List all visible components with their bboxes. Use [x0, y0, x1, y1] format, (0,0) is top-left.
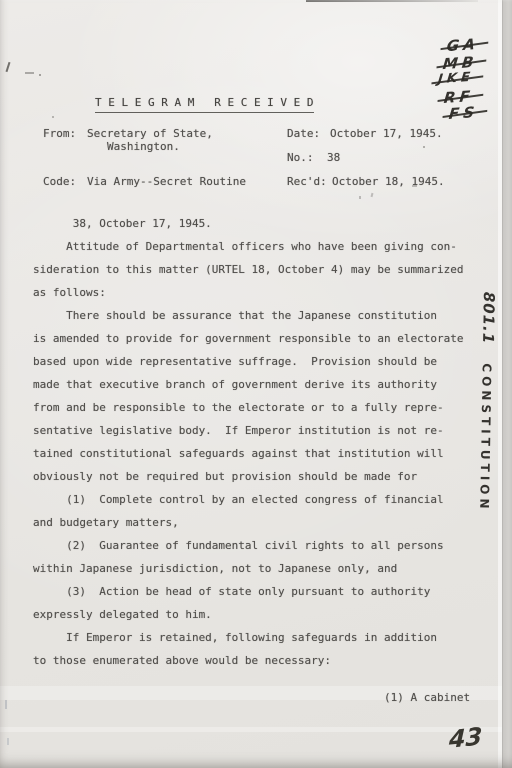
ink-mark — [6, 62, 11, 72]
date-value: October 17, 1945. — [330, 127, 443, 140]
body-line: (2) Guarantee of fundamental civil right… — [33, 534, 493, 557]
received-value: October 18, 1945. — [332, 175, 445, 188]
photo-right-edge — [502, 0, 512, 768]
ink-mark — [25, 72, 34, 74]
body-line: based upon wide representative suffrage.… — [33, 350, 493, 373]
body-line: and budgetary matters, — [33, 511, 493, 534]
photo-top-edge-shadow — [306, 0, 478, 2]
body-line: as follows: — [33, 281, 493, 304]
body-line: is amended to provide for government res… — [33, 327, 493, 350]
date-label: Date: — [287, 127, 320, 140]
document-title: T E L E G R A M R E C E I V E D — [95, 96, 314, 113]
number-value: 38 — [327, 151, 340, 164]
from-value-city: Washington. — [107, 140, 180, 153]
ink-mark — [423, 146, 425, 148]
from-value: Secretary of State, — [87, 127, 213, 140]
pencil-smudge — [359, 196, 361, 199]
body-line: obviously not be required but provision … — [33, 465, 493, 488]
body-line: made that executive branch of government… — [33, 373, 493, 396]
body-line: tained constitutional safeguards against… — [33, 442, 493, 465]
number-label: No.: — [287, 151, 314, 164]
body-line: 38, October 17, 1945. — [33, 212, 493, 235]
body-line: (1) Complete control by an elected congr… — [33, 488, 493, 511]
edge-smudge — [7, 738, 9, 745]
telegram-body: 38, October 17, 1945. Attitude of Depart… — [33, 212, 493, 672]
received-label: Rec'd: — [287, 175, 327, 188]
pencil-smudge — [371, 193, 374, 197]
telegram-document-scan: T E L E G R A M R E C E I V E D From: Se… — [0, 0, 512, 768]
code-label: Code: — [43, 175, 76, 188]
body-line: to those enumerated above would be neces… — [33, 649, 493, 672]
body-line: There should be assurance that the Japan… — [33, 304, 493, 327]
body-line: Attitude of Departmental officers who ha… — [33, 235, 493, 258]
body-line: expressly delegated to him. — [33, 603, 493, 626]
ink-mark — [52, 116, 54, 118]
ink-mark — [39, 74, 41, 76]
body-line: sideration to this matter (URTEL 18, Oct… — [33, 258, 493, 281]
body-line: from and be responsible to the electorat… — [33, 396, 493, 419]
body-line: If Emperor is retained, following safegu… — [33, 626, 493, 649]
code-value: Via Army--Secret Routine — [87, 175, 246, 188]
body-line: within Japanese jurisdiction, not to Jap… — [33, 557, 493, 580]
body-line: sentative legislative body. If Emperor i… — [33, 419, 493, 442]
edge-smudge — [5, 700, 7, 709]
body-line: (3) Action be head of state only pursuan… — [33, 580, 493, 603]
page-continuation-text: (1) A cabinet — [384, 691, 470, 704]
handwritten-page-number: 43 — [449, 722, 483, 754]
approval-initials-struck: FS — [448, 103, 479, 123]
paper-light-band — [0, 727, 512, 732]
approval-initials-struck: JKE — [437, 70, 475, 87]
from-label: From: — [43, 127, 76, 140]
